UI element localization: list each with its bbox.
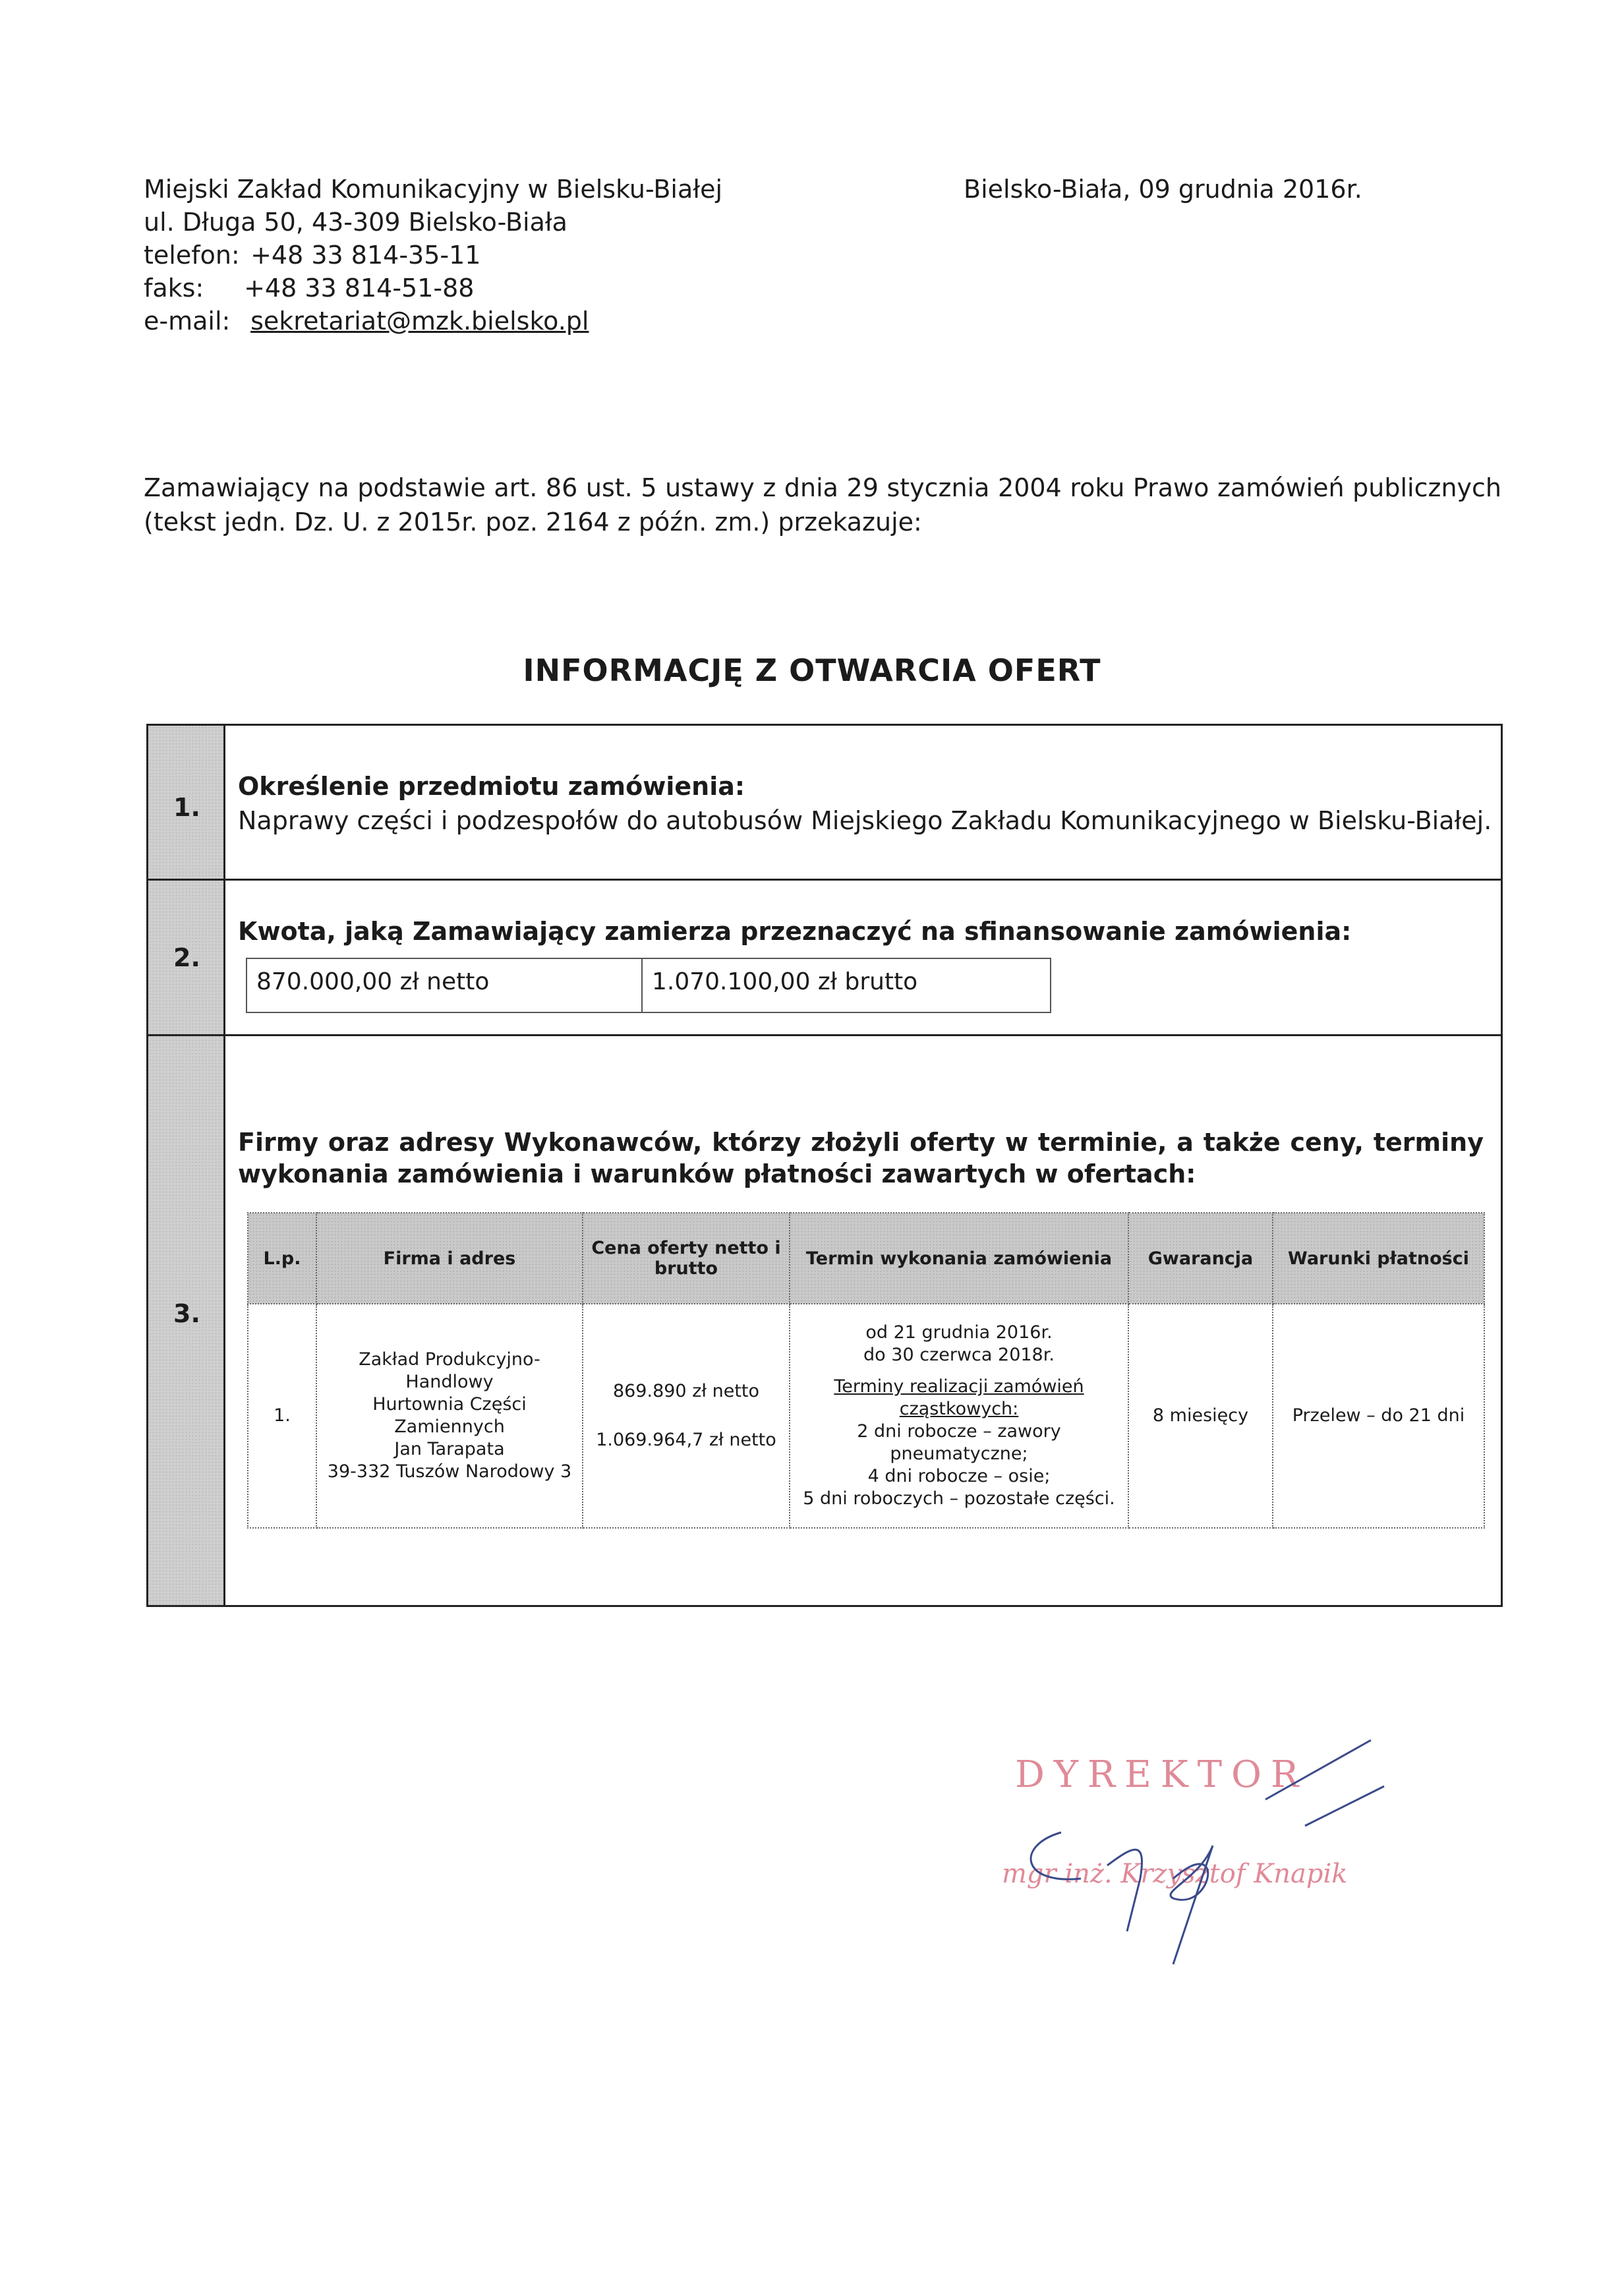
offers-table: L.p. Firma i adres Cena oferty netto i b… <box>247 1212 1485 1529</box>
term-item: 4 dni robocze – osie; <box>794 1465 1124 1488</box>
term-to: do 30 czerwca 2018r. <box>794 1344 1124 1366</box>
phone-line: telefon: +48 33 814-35-11 <box>144 239 722 272</box>
cell-lp: 1. <box>248 1304 316 1528</box>
organization-name: Miejski Zakład Komunikacyjny w Bielsku-B… <box>144 173 722 206</box>
company-line: Hurtownia Części Zamiennych <box>321 1393 578 1438</box>
section-1-title: Określenie przedmiotu zamówienia: <box>238 772 745 801</box>
email-line: e-mail: sekretariat@mzk.bielsko.pl <box>144 305 722 337</box>
company-line: 39-332 Tuszów Narodowy 3 <box>321 1461 578 1483</box>
phone-label: telefon: <box>144 239 243 272</box>
section-number-column <box>148 726 225 1605</box>
table-row: 1. Zakład Produkcyjno-Handlowy Hurtownia… <box>248 1304 1484 1528</box>
amount-net: 870.000,00 zł netto <box>247 959 643 1012</box>
intro-paragraph: Zamawiający na podstawie art. 86 ust. 5 … <box>144 471 1501 539</box>
section-2-number: 2. <box>148 943 225 972</box>
company-line: Jan Tarapata <box>321 1438 578 1461</box>
section-1-text: Naprawy części i podzespołów do autobusó… <box>238 806 1492 835</box>
header-warranty: Gwarancja <box>1128 1213 1273 1304</box>
cell-company: Zakład Produkcyjno-Handlowy Hurtownia Cz… <box>316 1304 583 1528</box>
cell-payment: Przelew – do 21 dni <box>1273 1304 1484 1528</box>
company-line: Zakład Produkcyjno-Handlowy <box>321 1349 578 1393</box>
cell-term: od 21 grudnia 2016r. do 30 czerwca 2018r… <box>790 1304 1128 1528</box>
header-price: Cena oferty netto i brutto <box>583 1213 790 1304</box>
section-1-number: 1. <box>148 793 225 822</box>
email-link[interactable]: sekretariat@mzk.bielsko.pl <box>250 307 589 336</box>
term-partial-label: Terminy realizacji zamówień cząstkowych: <box>794 1376 1124 1420</box>
section-2-title: Kwota, jaką Zamawiający zamierza przezna… <box>238 917 1351 946</box>
term-item: 5 dni roboczych – pozostałe części. <box>794 1488 1124 1510</box>
term-from: od 21 grudnia 2016r. <box>794 1322 1124 1344</box>
cell-price: 869.890 zł netto 1.069.964,7 zł netto <box>583 1304 790 1528</box>
fax-number: +48 33 814-51-88 <box>244 274 474 303</box>
organization-address: ul. Długa 50, 43-309 Bielsko-Biała <box>144 206 722 239</box>
section-divider <box>148 1034 1501 1036</box>
place-date: Bielsko-Biała, 09 grudnia 2016r. <box>964 173 1362 206</box>
fax-label: faks: <box>144 272 236 305</box>
email-label: e-mail: <box>144 305 243 337</box>
table-header-row: L.p. Firma i adres Cena oferty netto i b… <box>248 1213 1484 1304</box>
header-company: Firma i adres <box>316 1213 583 1304</box>
price-net: 869.890 zł netto <box>587 1380 785 1403</box>
document-title: INFORMACJĘ Z OTWARCIA OFERT <box>0 653 1624 688</box>
info-frame: 1. Określenie przedmiotu zamówienia: Nap… <box>146 724 1503 1607</box>
term-item: 2 dni robocze – zawory pneumatyczne; <box>794 1420 1124 1465</box>
section-3-title: Firmy oraz adresy Wykonawców, którzy zło… <box>238 1126 1484 1190</box>
handwritten-signature-icon <box>975 1714 1450 1991</box>
amount-gross: 1.070.100,00 zł brutto <box>643 959 927 1012</box>
fax-line: faks: +48 33 814-51-88 <box>144 272 722 305</box>
phone-number: +48 33 814-35-11 <box>250 241 480 270</box>
header-lp: L.p. <box>248 1213 316 1304</box>
sender-block: Miejski Zakład Komunikacyjny w Bielsku-B… <box>144 173 722 337</box>
price-gross: 1.069.964,7 zł netto <box>587 1429 785 1451</box>
header-term: Termin wykonania zamówienia <box>790 1213 1128 1304</box>
section-3-number: 3. <box>148 1299 225 1328</box>
section-divider <box>148 879 1501 881</box>
header-payment: Warunki płatności <box>1273 1213 1484 1304</box>
amount-box: 870.000,00 zł netto 1.070.100,00 zł brut… <box>246 958 1051 1013</box>
cell-warranty: 8 miesięcy <box>1128 1304 1273 1528</box>
